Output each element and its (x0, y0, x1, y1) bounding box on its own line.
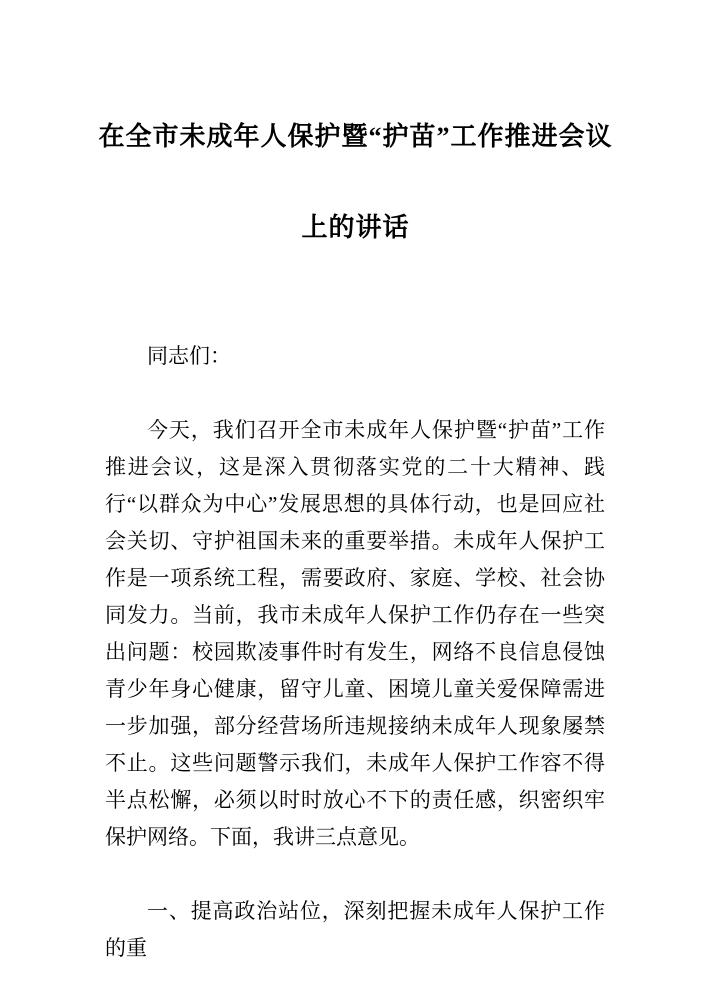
document-page: 在全市未成年人保护暨“护苗”工作推进会议 上的讲话 同志们： 今天，我们召开全市… (0, 0, 711, 1006)
document-title-line-2: 上的讲话 (60, 182, 651, 273)
document-title-line-1: 在全市未成年人保护暨“护苗”工作推进会议 (60, 91, 651, 182)
body-paragraph: 今天，我们召开全市未成年人保护暨“护苗”工作推进会议，这是深入贯彻落实党的二十大… (105, 412, 605, 856)
salutation: 同志们： (105, 338, 605, 375)
document-title: 在全市未成年人保护暨“护苗”工作推进会议 上的讲话 (60, 91, 651, 273)
document-body: 同志们： 今天，我们召开全市未成年人保护暨“护苗”工作推进会议，这是深入贯彻落实… (105, 338, 605, 967)
section-heading: 一、提高政治站位，深刻把握未成年人保护工作的重 (105, 893, 605, 967)
